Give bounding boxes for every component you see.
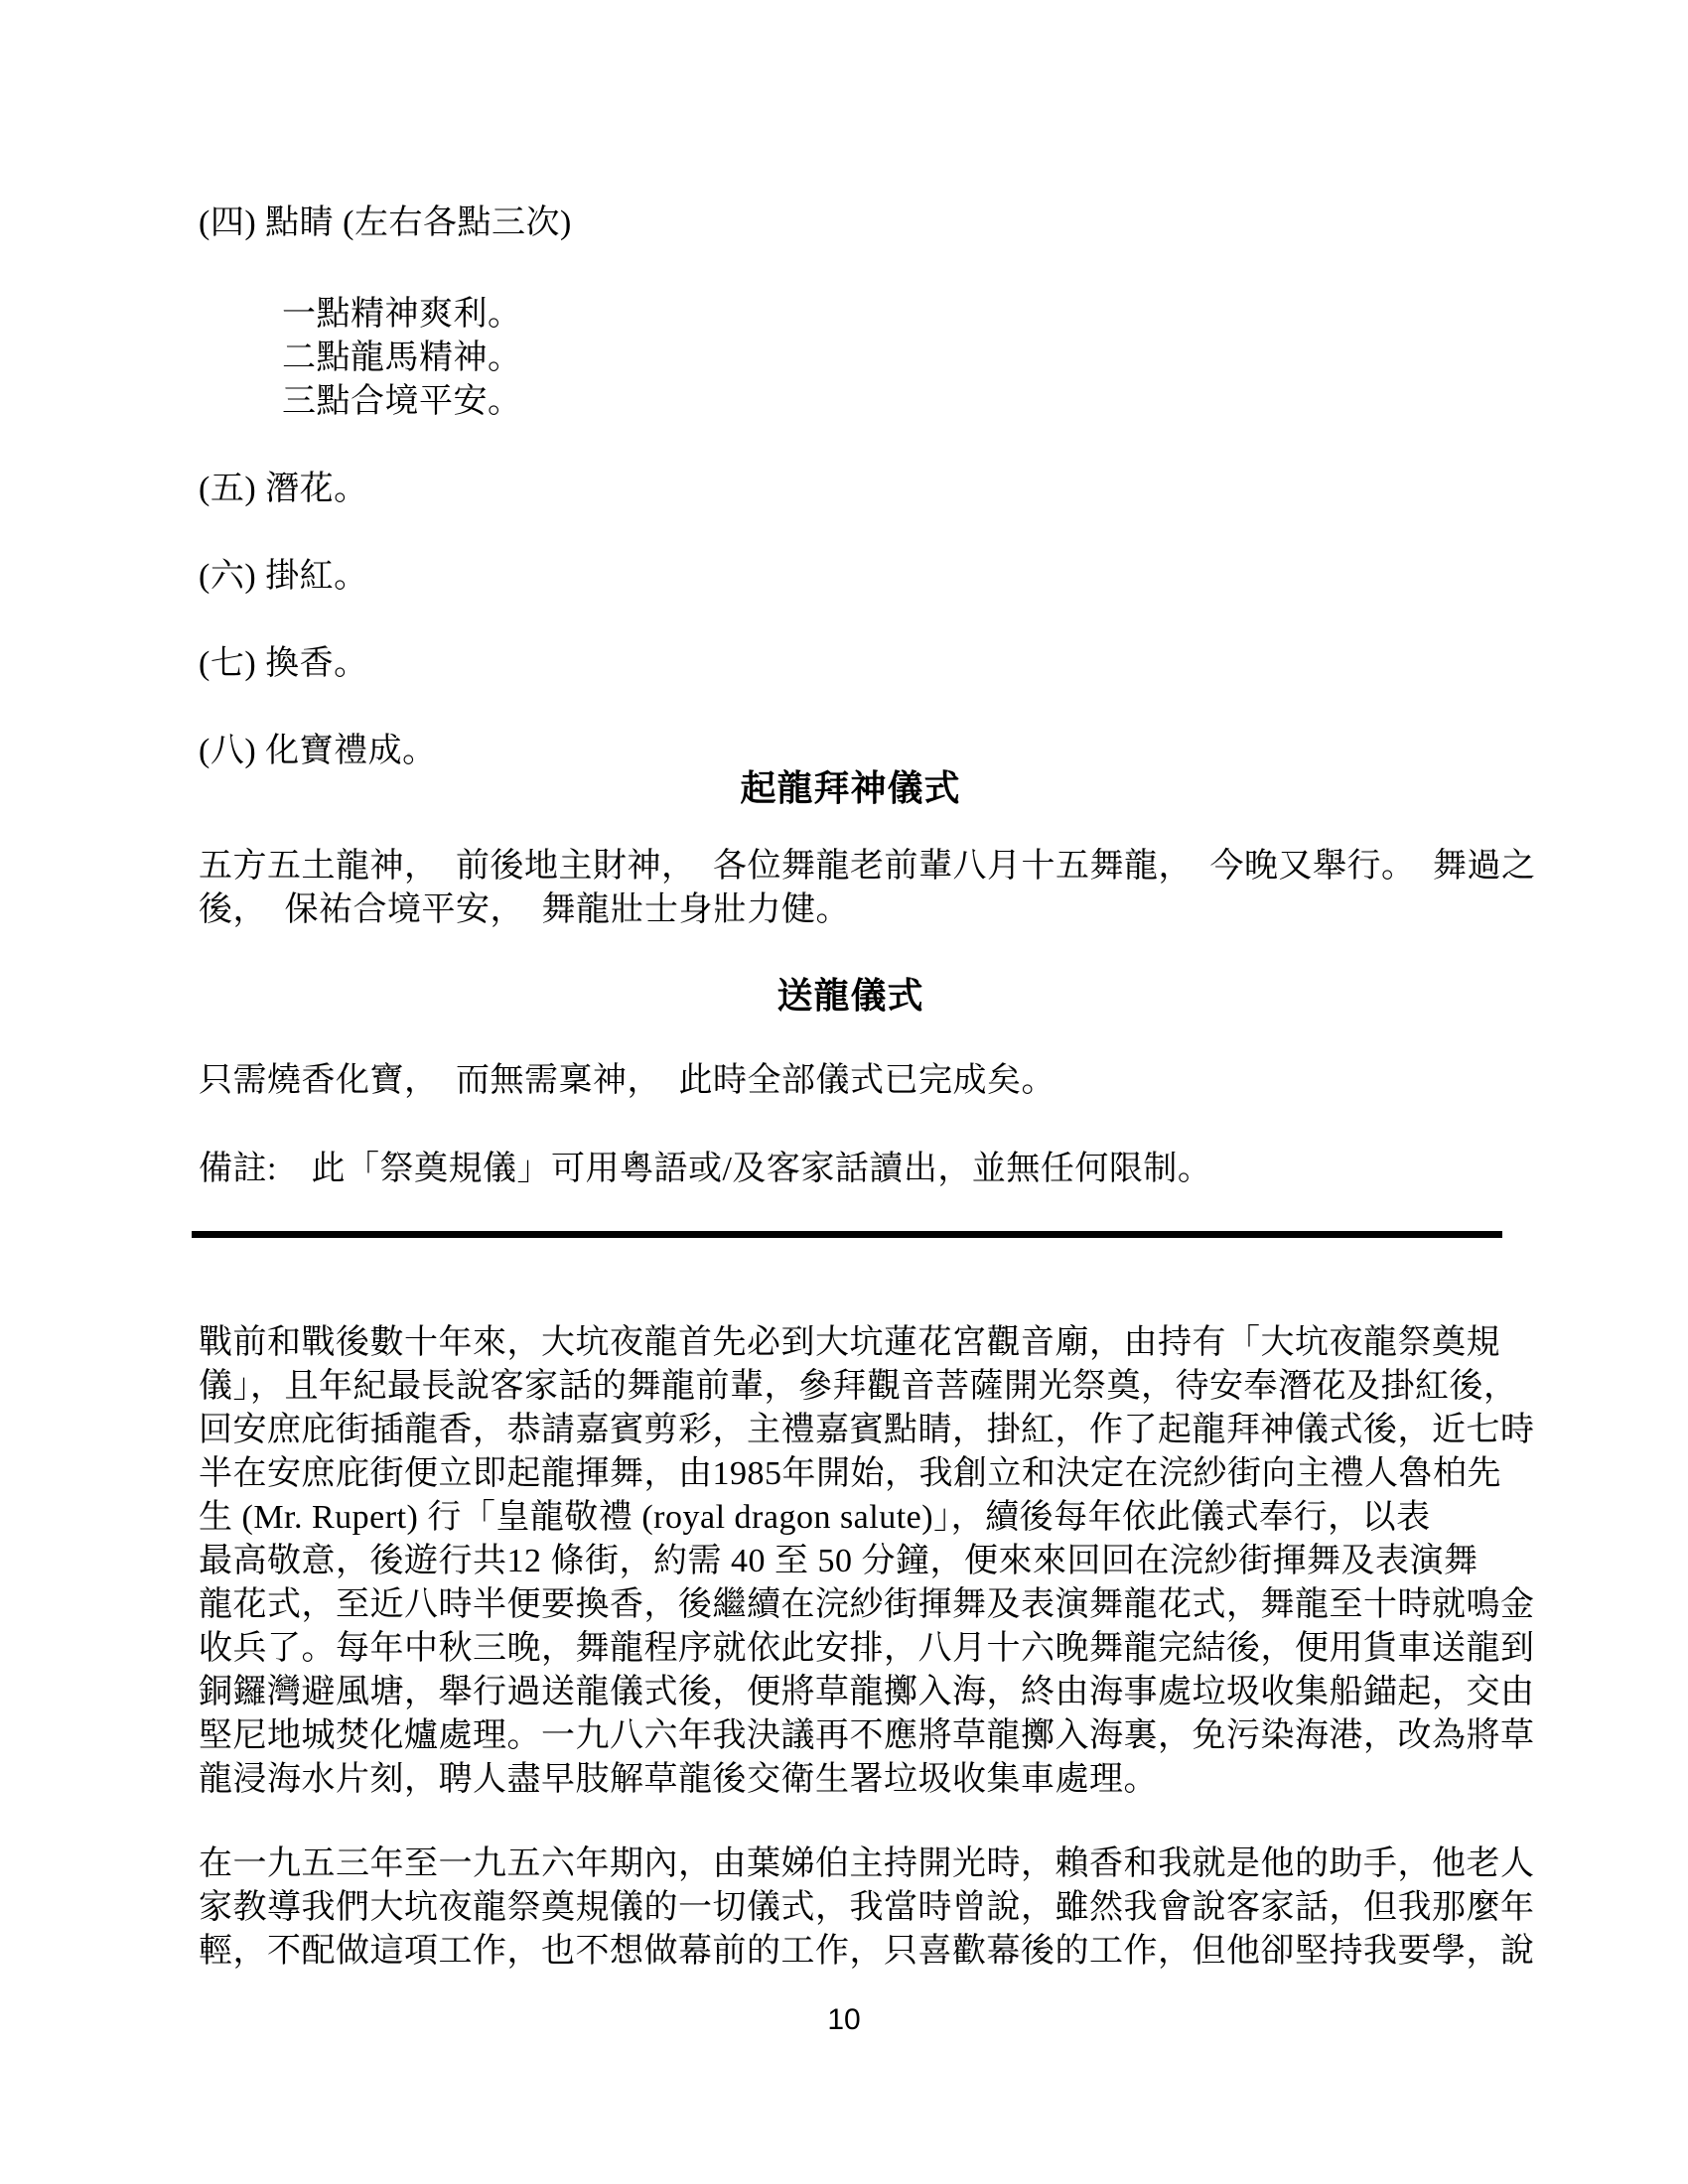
- article-para2-line: 在一九五三年至一九五六年期內，由葉娣伯主持開光時，賴香和我就是他的助手，他老人: [199, 1843, 1535, 1886]
- article-para1-line: 收兵了。每年中秋三晚，舞龍程序就依此安排，八月十六晚舞龍完結後，便用貨車送龍到: [199, 1627, 1535, 1671]
- remark-note: 備註: 此「祭奠規儀」可用粵語或/及客家話讀出，並無任何限制。: [199, 1148, 1211, 1191]
- list-item-4: (四) 點睛 (左右各點三次): [199, 202, 572, 245]
- article-para2-line: 輕，不配做這項工作，也不想做幕前的工作，只喜歡幕後的工作，但他卻堅持我要學，說: [199, 1930, 1535, 1974]
- article-para1-line: 回安庶庇街插龍香，恭請嘉賓剪彩，主禮嘉賓點睛，掛紅，作了起龍拜神儀式後，近七時: [199, 1409, 1535, 1452]
- article-para1-line: 銅鑼灣避風塘，舉行過送龍儀式後，便將草龍擲入海，終由海事處垃圾收集船錨起，交由: [199, 1671, 1535, 1714]
- article-para1-line: 龍花式，至近八時半便要換香，後繼續在浣紗街揮舞及表演舞龍花式，舞龍至十時就鳴金: [199, 1583, 1535, 1627]
- list-item-5: (五) 潛花。: [199, 468, 368, 511]
- article-para1-line: 半在安庶庇街便立即起龍揮舞，由1985年開始，我創立和決定在浣紗街向主禮人魯柏先: [199, 1452, 1501, 1496]
- heading-send-dragon-ceremony: 送龍儀式: [199, 974, 1502, 1018]
- article-para1-line: 龍浸海水片刻，聘人盡早肢解草龍後交衛生署垃圾收集車處理。: [199, 1758, 1158, 1802]
- article-para1-line: 儀」，且年紀最長說客家話的舞龍前輩，參拜觀音菩薩開光祭奠，待安奉潛花及掛紅後，: [199, 1365, 1518, 1409]
- article-para1-line: 堅尼地城焚化爐處理。一九八六年我決議再不應將草龍擲入海裏，免污染海港，改為將草: [199, 1714, 1535, 1758]
- list-item-4-sub-2: 二點龍馬精神。: [282, 337, 522, 380]
- raise-dragon-text-line-1: 五方五土龍神， 前後地主財神， 各位舞龍老前輩八月十五舞龍， 今晚又舉行。 舞過…: [199, 845, 1536, 888]
- article-para1-line: 最高敬意，後遊行共12 條街，約需 40 至 50 分鐘，便來來回回在浣紗街揮舞…: [199, 1540, 1478, 1583]
- article-para2-line: 家教導我們大坑夜龍祭奠規儀的一切儀式，我當時曾說，雖然我會說客家話，但我那麼年: [199, 1886, 1535, 1930]
- send-dragon-text: 只需燒香化寶， 而無需稟神， 此時全部儀式已完成矣。: [199, 1059, 1055, 1103]
- page-number: 10: [0, 2003, 1688, 2037]
- heading-raise-dragon-ceremony: 起龍拜神儀式: [199, 766, 1502, 810]
- raise-dragon-text-line-2: 後， 保祐合境平安， 舞龍壯士身壯力健。: [199, 888, 850, 932]
- list-item-4-sub-3: 三點合境平安。: [282, 380, 522, 424]
- list-item-7: (七) 換香。: [199, 642, 368, 686]
- list-item-4-sub-1: 一點精神爽利。: [282, 293, 522, 337]
- horizontal-divider: [192, 1231, 1502, 1238]
- list-item-6: (六) 掛紅。: [199, 555, 368, 599]
- article-para1-line: 生 (Mr. Rupert) 行「皇龍敬禮 (royal dragon salu…: [199, 1496, 1431, 1540]
- article-para1-line: 戰前和戰後數十年來，大坑夜龍首先必到大坑蓮花宮觀音廟，由持有「大坑夜龍祭奠規: [199, 1321, 1500, 1365]
- document-page: (四) 點睛 (左右各點三次) 一點精神爽利。 二點龍馬精神。 三點合境平安。 …: [0, 0, 1688, 2184]
